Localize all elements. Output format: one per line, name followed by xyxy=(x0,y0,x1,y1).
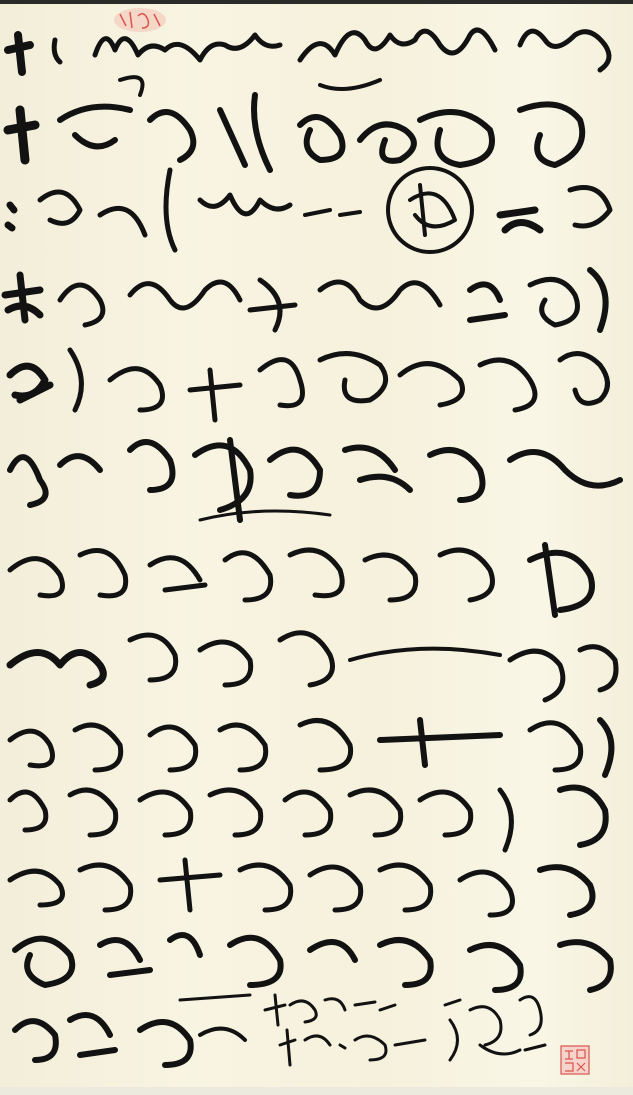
row-12 xyxy=(15,935,611,990)
row-4 xyxy=(5,270,606,330)
ink-strokes xyxy=(0,0,633,1095)
row-13 xyxy=(15,1015,245,1065)
leisure-seal-top xyxy=(112,6,168,34)
row-1 xyxy=(8,30,609,95)
row-11 xyxy=(10,860,593,915)
bottom-border xyxy=(0,1087,633,1095)
name-seal-bottom xyxy=(560,1045,590,1075)
row-3 xyxy=(8,168,610,252)
row-8 xyxy=(10,633,616,700)
row-6 xyxy=(10,440,620,520)
row-9 xyxy=(10,720,611,775)
row-7 xyxy=(10,545,592,615)
row-10 xyxy=(10,788,606,851)
calligraphy-artwork xyxy=(0,0,633,1095)
row-5 xyxy=(10,350,608,420)
row-2 xyxy=(8,95,582,170)
